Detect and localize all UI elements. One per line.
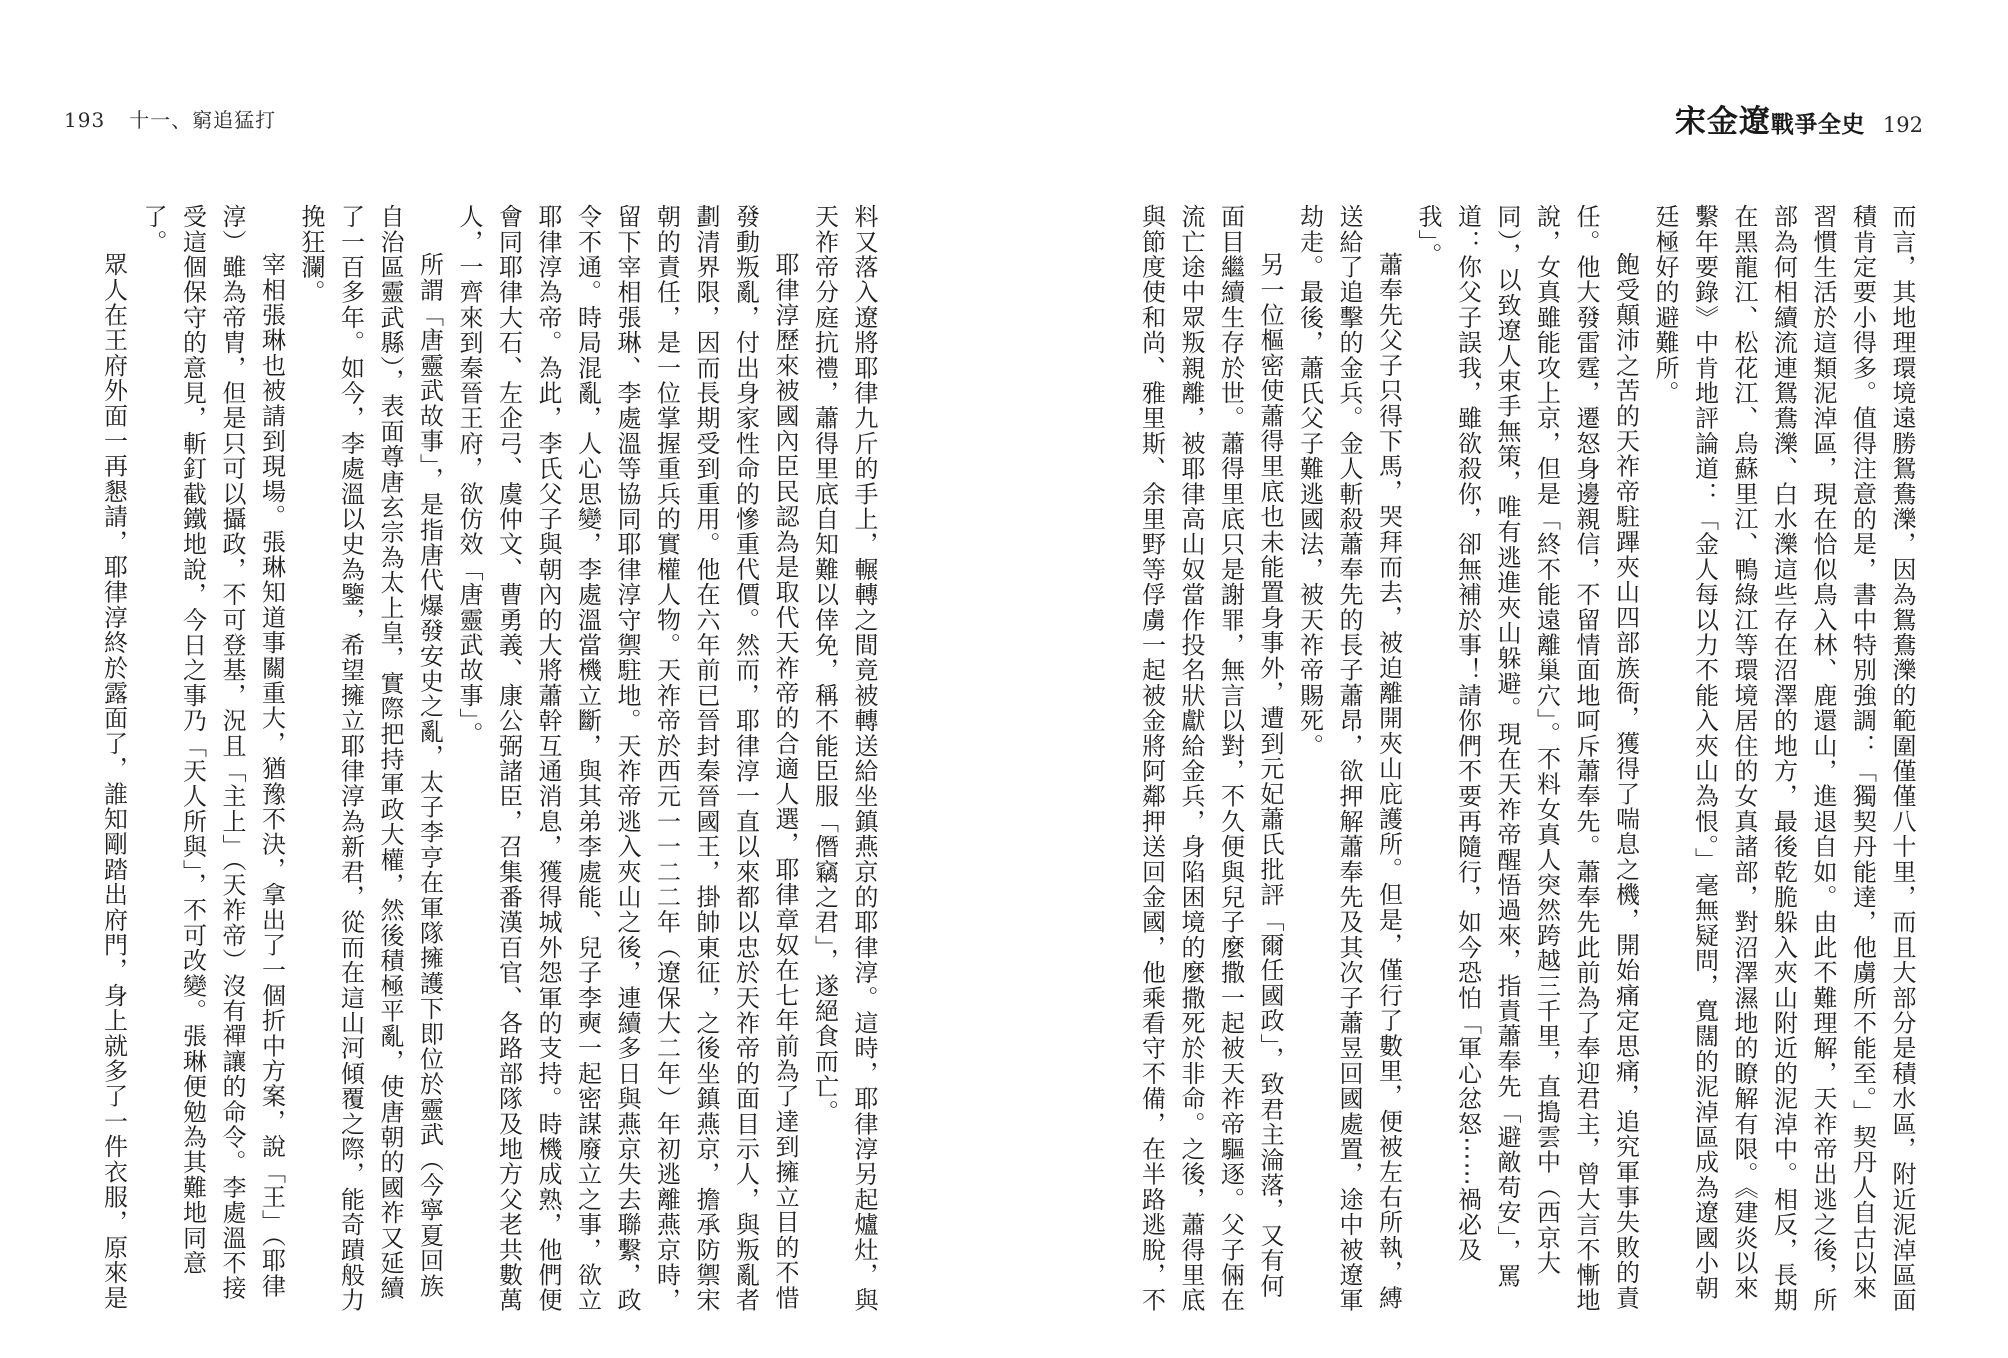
right-page-body: 而言，其地理環境遠勝鴛鴦濼，因為鴛鴦濼的範圍僅僅八十里，而且大部分是積水區，附近… [1169, 204, 1921, 1316]
paragraph: 宰相張琳也被請到現場。張琳知道事關重大，猶豫不決，拿出了一個折中方案，說「王」（… [133, 204, 291, 1316]
right-page-number: 192 [1883, 113, 1923, 137]
paragraph: 飽受顛沛之苦的天祚帝駐蹕夾山四部族衙，獲得了喘息之機，開始痛定思痛，追究軍事失敗… [1408, 204, 1645, 1316]
left-running-header: 193十一、窮追猛打 [64, 104, 276, 133]
paragraph: 耶律淳歷來被國內臣民認為是取代天祚帝的合適人選，耶律章奴在七年前為了達到擁立目的… [449, 204, 805, 1316]
book-title-large: 宋金遼 [1675, 96, 1771, 141]
paragraph: 眾人在王府外面一再懇請，耶律淳終於露面了，誰知剛踏出府門，身上就多了一件衣服，原… [93, 204, 133, 1316]
paragraph: 而言，其地理環境遠勝鴛鴦濼，因為鴛鴦濼的範圍僅僅八十里，而且大部分是積水區，附近… [1645, 204, 1922, 1316]
right-running-header: 宋金遼戰爭全史192 [1675, 96, 1923, 141]
left-page-number: 193 [64, 108, 105, 132]
book-spread: 193十一、窮追猛打 料又落入遼將耶律九斤的手上，輾轉之間竟被轉送給坐鎮燕京的耶… [0, 0, 2008, 1358]
paragraph: 另一位樞密使蕭得里底也未能置身事外，遭到元妃蕭氏批評「爾任國政」，致君主淪落，又… [1131, 204, 1289, 1316]
left-page-body: 料又落入遼將耶律九斤的手上，輾轉之間竟被轉送給坐鎮燕京的耶律淳。這時，耶律淳另起… [131, 204, 883, 1316]
book-title-small: 戰爭全史 [1771, 106, 1865, 139]
paragraph: 所謂「唐靈武故事」，是指唐代爆發安史之亂，太子李亨在軍隊擁護下即位於靈武（今寧夏… [291, 204, 449, 1316]
paragraph: 蕭奉先父子只得下馬，哭拜而去，被迫離開夾山庇護所。但是，僅行了數里，便被左右所執… [1289, 204, 1408, 1316]
paragraph: 料又落入遼將耶律九斤的手上，輾轉之間竟被轉送給坐鎮燕京的耶律淳。這時，耶律淳另起… [804, 204, 883, 1316]
chapter-title: 十一、窮追猛打 [129, 108, 276, 132]
